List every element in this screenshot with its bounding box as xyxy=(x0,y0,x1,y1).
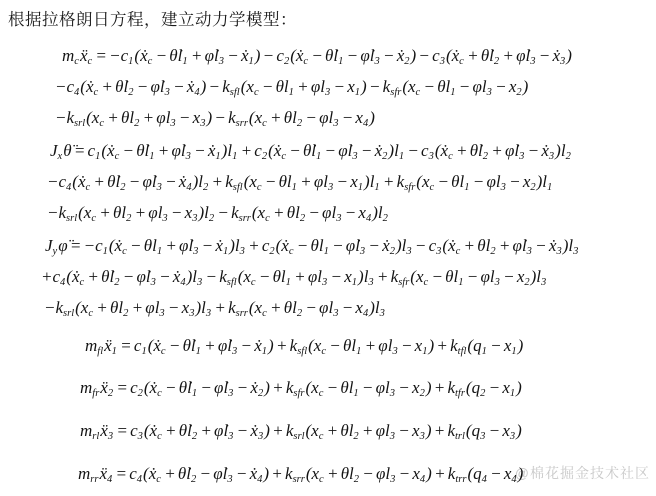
equation-line: +c4(ẋc + θ̇l2 − φ̇l3 − ẋ4)l3 − ksfl(xc −… xyxy=(41,261,656,292)
equation-line: −ksrl(xc + θl2 + φl3 − x3)l2 − ksrr(xc +… xyxy=(47,197,656,228)
equation-line: Jxθ̈ = c1(ẋc − θ̇l1 + φ̇l3 − ẋ1)l1 + c2(… xyxy=(50,135,656,166)
equation-block-body-heave: mcẍc = −c1(ẋc − θ̇l1 + φ̇l3 − ẋ1) − c2(ẋ… xyxy=(0,40,656,133)
equation-line: −c4(ẋc + θ̇l2 − φ̇l3 − ẋ4) − ksfl(xc − θ… xyxy=(55,71,656,102)
equation-line: mflẍ1 = c1(ẋc − θ̇l1 + φ̇l3 − ẋ1) + ksfl… xyxy=(85,330,656,361)
equation-line: mfrẍ2 = c2(ẋc − θ̇l1 − φ̇l3 − ẋ2) + ksfr… xyxy=(80,372,656,403)
equation-block-roll: Jyφ̈ = −c1(ẋc − θl1 + φ̇l3 − ẋ1)l3 + c2(… xyxy=(0,230,656,323)
equation-line: −ksrl(xc + θl2 + φl3 − x3)l3 + ksrr(xc +… xyxy=(44,292,656,323)
page-title: 根据拉格朗日方程，建立动力学模型： xyxy=(8,8,656,32)
equation-line: Jyφ̈ = −c1(ẋc − θl1 + φ̇l3 − ẋ1)l3 + c2(… xyxy=(45,230,656,261)
equation-line: mrlẍ3 = c3(ẋc + θ̇l2 + φ̇l3 − ẋ3) + ksrl… xyxy=(80,415,656,446)
equation-area: mcẍc = −c1(ẋc − θ̇l1 + φ̇l3 − ẋ1) − c2(ẋ… xyxy=(0,40,656,489)
equation-line: mrrẍ4 = c4(ẋc + θ̇l2 − φ̇l3 − ẋ4) + ksrr… xyxy=(78,458,656,489)
equation-block-wheel-rear-right: mrrẍ4 = c4(ẋc + θ̇l2 − φ̇l3 − ẋ4) + ksrr… xyxy=(0,458,656,489)
equation-line: −ksrl(xc + θl2 + φl3 − x3) − ksrr(xc + θ… xyxy=(55,102,656,133)
equation-block-pitch: Jxθ̈ = c1(ẋc − θ̇l1 + φ̇l3 − ẋ1)l1 + c2(… xyxy=(0,135,656,228)
equation-line: −c4(ẋc + θ̇l2 − φ̇l3 − ẋ4)l2 + ksfl(xc −… xyxy=(47,166,656,197)
equation-block-wheel-front-left: mflẍ1 = c1(ẋc − θ̇l1 + φ̇l3 − ẋ1) + ksfl… xyxy=(0,330,656,361)
equation-block-wheel-rear-left: mrlẍ3 = c3(ẋc + θ̇l2 + φ̇l3 − ẋ3) + ksrl… xyxy=(0,415,656,446)
equation-block-wheel-front-right: mfrẍ2 = c2(ẋc − θ̇l1 − φ̇l3 − ẋ2) + ksfr… xyxy=(0,372,656,403)
equation-line: mcẍc = −c1(ẋc − θ̇l1 + φ̇l3 − ẋ1) − c2(ẋ… xyxy=(62,40,656,71)
document-page: 根据拉格朗日方程，建立动力学模型： mcẍc = −c1(ẋc − θ̇l1 +… xyxy=(0,0,656,496)
